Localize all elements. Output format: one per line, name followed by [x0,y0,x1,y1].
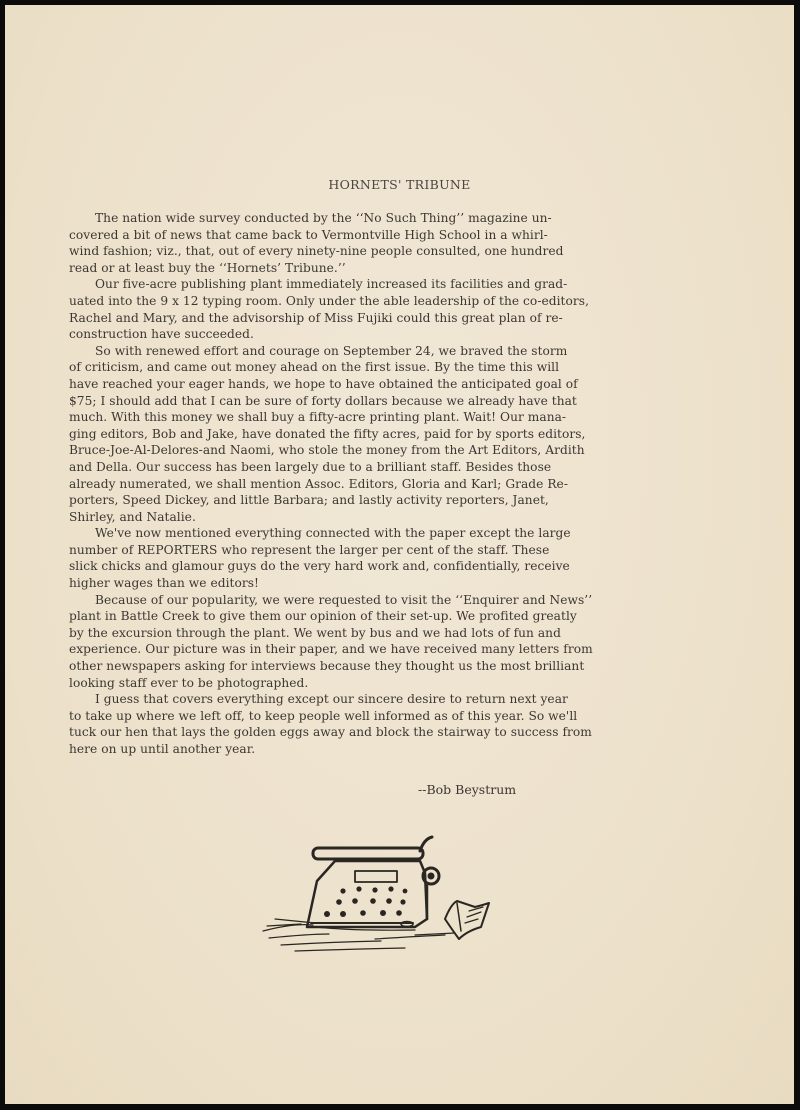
text-line: number of REPORTERS who represent the la… [69,542,759,559]
text-line: porters, Speed Dickey, and little Barbar… [69,492,759,509]
text-line: $75; I should add that I can be sure of … [69,393,759,410]
text-line: ging editors, Bob and Jake, have donated… [69,426,759,443]
author-signature: --Bob Beystrum [418,782,516,797]
text-line: I guess that covers everything except ou… [69,691,759,708]
text-line: covered a bit of news that came back to … [69,227,759,244]
text-line: We've now mentioned everything connected… [69,525,759,542]
text-line: tuck our hen that lays the golden eggs a… [69,724,759,741]
document-page: HORNETS' TRIBUNE The nation wide survey … [5,5,794,1104]
document-title: HORNETS' TRIBUNE [5,177,794,192]
text-line: The nation wide survey conducted by the … [69,210,759,227]
text-line: here on up until another year. [69,741,759,758]
text-line: by the excursion through the plant. We w… [69,625,759,642]
text-line: slick chicks and glamour guys do the ver… [69,558,759,575]
text-line: Bruce-Joe-Al-Delores-and Naomi, who stol… [69,442,759,459]
typewriter-sketch-icon [255,831,505,956]
text-line: plant in Battle Creek to give them our o… [69,608,759,625]
text-line: Rachel and Mary, and the advisorship of … [69,310,759,327]
text-line: uated into the 9 x 12 typing room. Only … [69,293,759,310]
text-line: already numerated, we shall mention Asso… [69,476,759,493]
text-line: read or at least buy the ‘‘Hornets’ Trib… [69,260,759,277]
text-line: Because of our popularity, we were reque… [69,592,759,609]
text-line: much. With this money we shall buy a fif… [69,409,759,426]
text-line: looking staff ever to be photographed. [69,675,759,692]
text-line: Our five-acre publishing plant immediate… [69,276,759,293]
text-line: have reached your eager hands, we hope t… [69,376,759,393]
text-line: Shirley, and Natalie. [69,509,759,526]
text-line: higher wages than we editors! [69,575,759,592]
text-line: of criticism, and came out money ahead o… [69,359,759,376]
text-line: So with renewed effort and courage on Se… [69,343,759,360]
text-line: other newspapers asking for interviews b… [69,658,759,675]
text-line: and Della. Our success has been largely … [69,459,759,476]
text-line: construction have succeeded. [69,326,759,343]
article-body: The nation wide survey conducted by the … [69,210,759,758]
text-line: to take up where we left off, to keep pe… [69,708,759,725]
text-line: experience. Our picture was in their pap… [69,641,759,658]
text-line: wind fashion; viz., that, out of every n… [69,243,759,260]
